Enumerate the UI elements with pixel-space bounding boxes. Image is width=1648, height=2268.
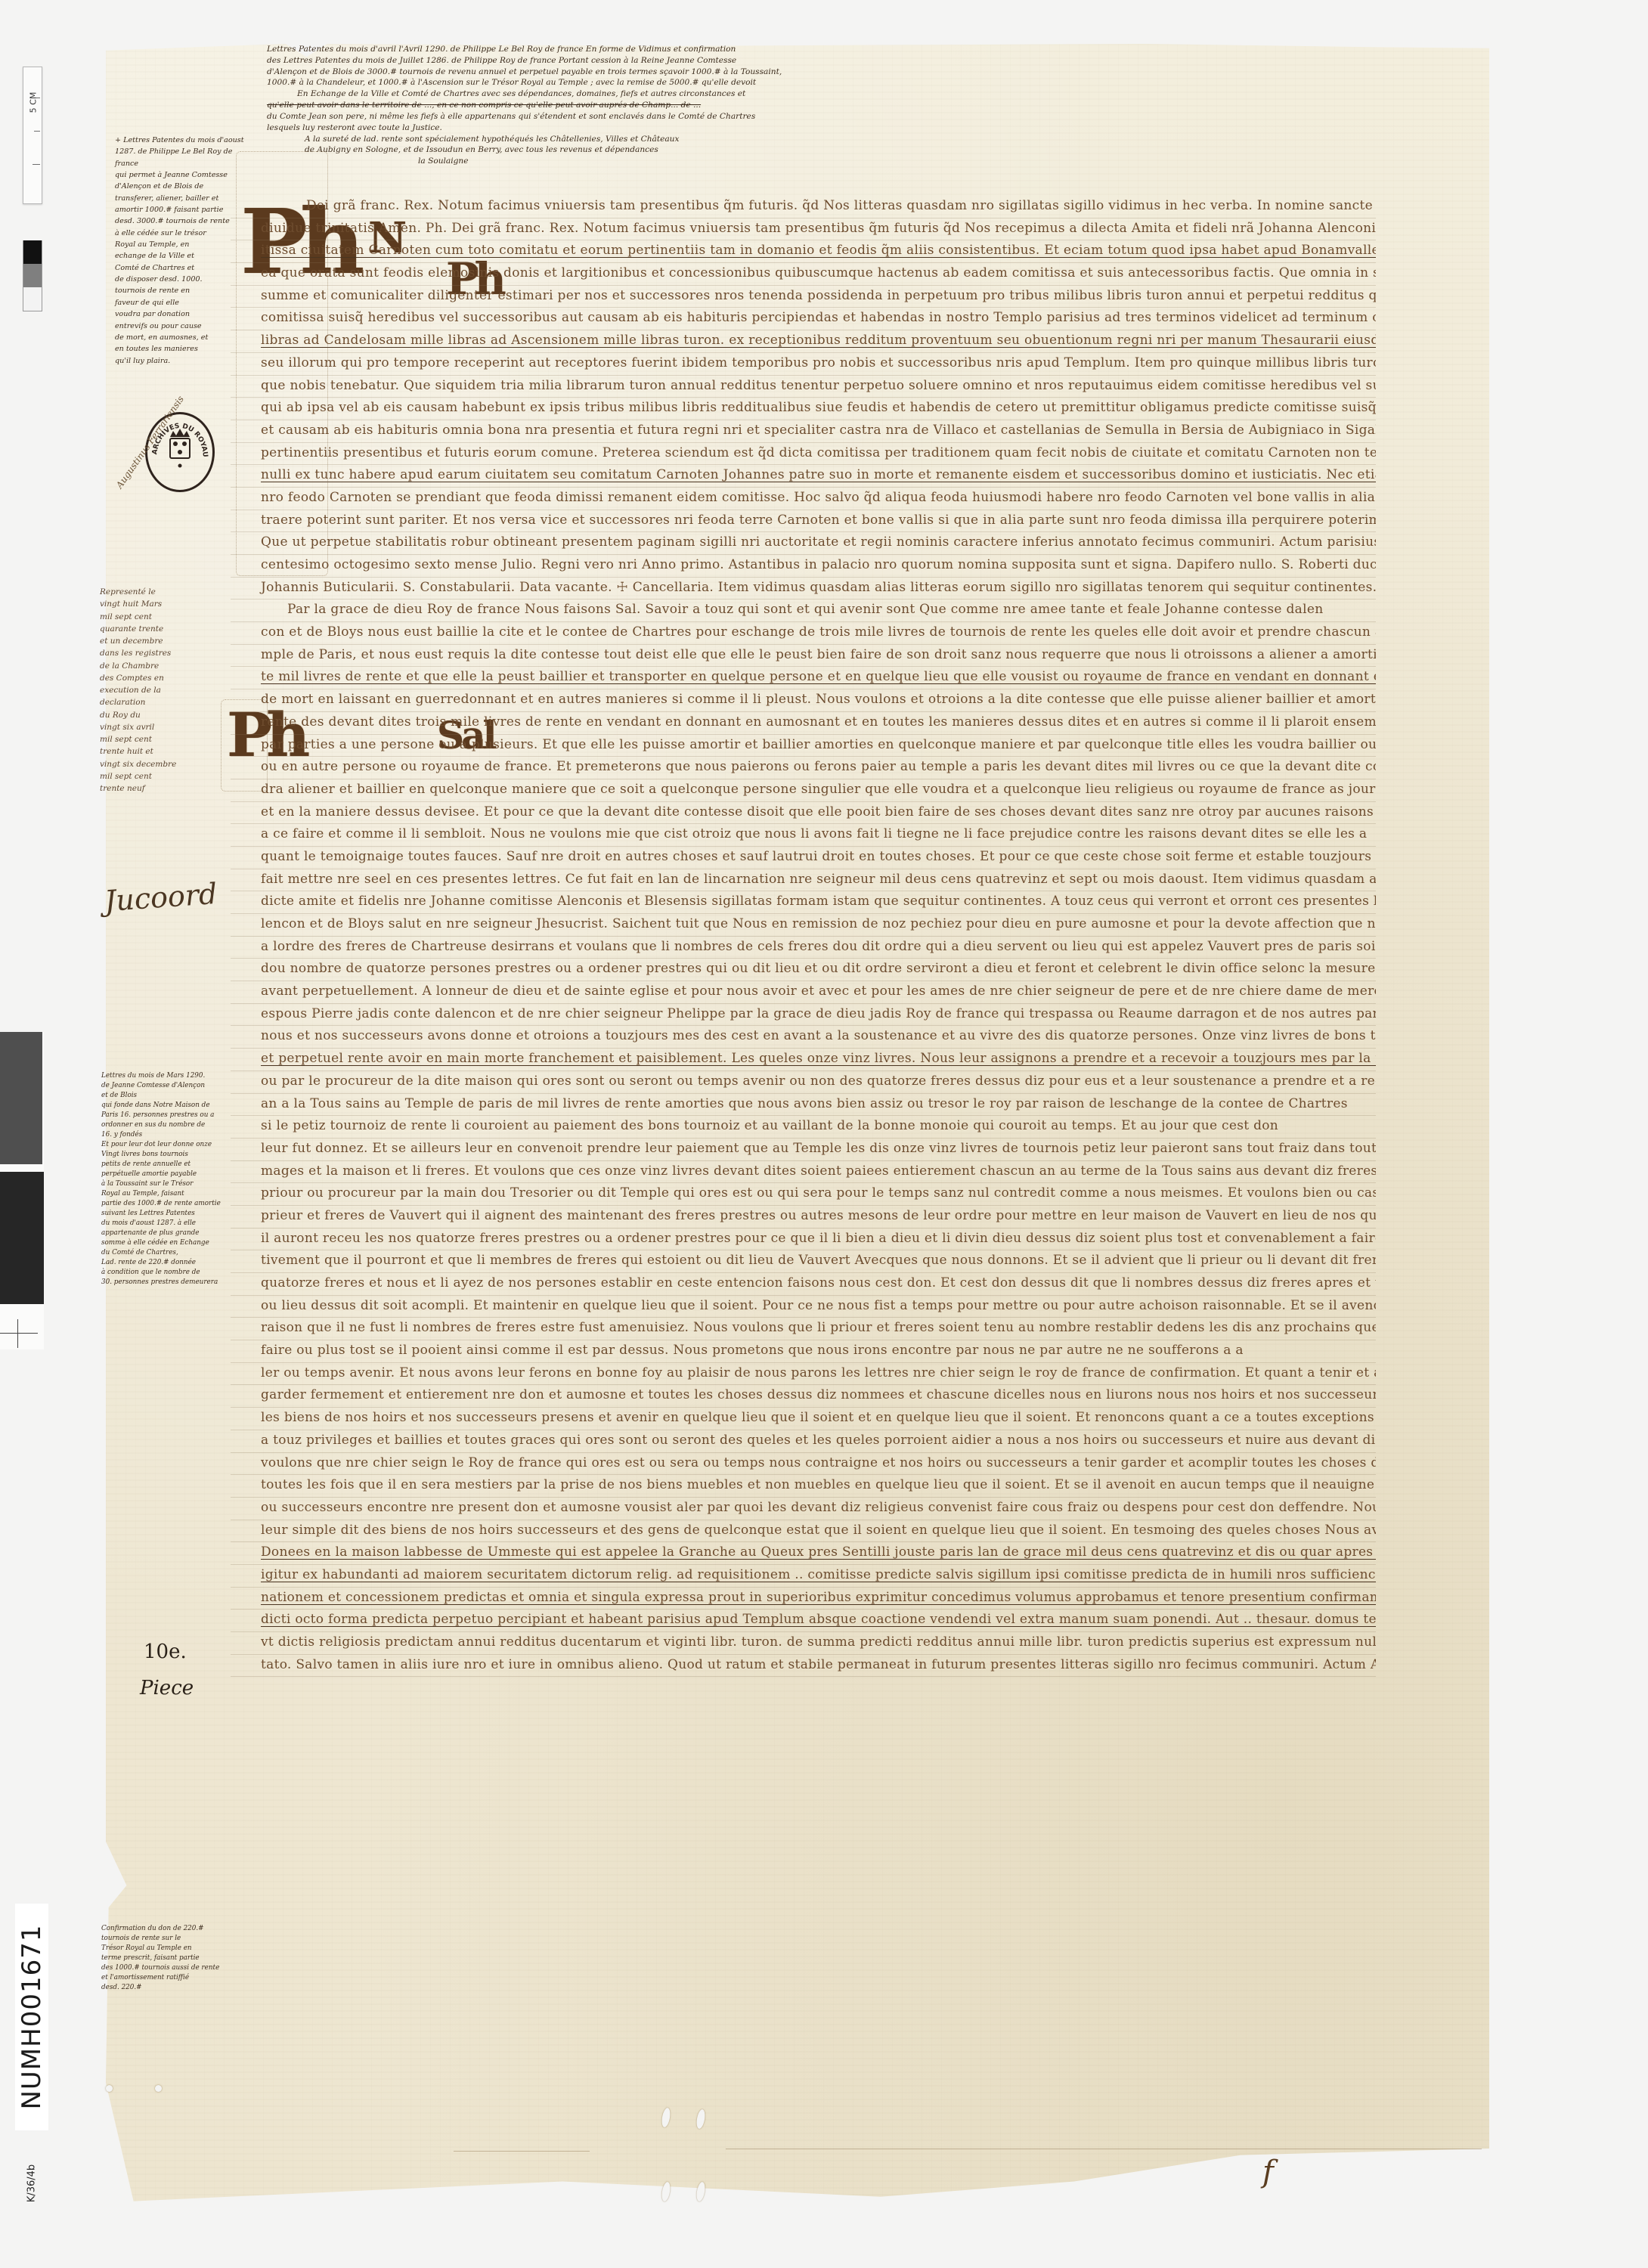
charter-line: dicti octo forma predicta perpetuo perci… — [231, 1612, 1376, 1634]
charter-line: que nobis tenebatur. Que siquidem tria m… — [231, 378, 1376, 401]
charter-line: igitur ex habundanti ad maiorem securita… — [231, 1567, 1376, 1590]
charter-line: summe et comunicaliter diligenter estima… — [231, 288, 1376, 311]
charter-line: nulli ex tunc habere apud earum ciuitate… — [231, 467, 1376, 490]
charter-line: faire ou plus tost se il pooient ainsi c… — [231, 1343, 1376, 1365]
swatch-grey — [23, 264, 42, 287]
fold-line — [726, 2149, 1482, 2149]
charter-line: garder fermement et entierement nre don … — [231, 1387, 1376, 1410]
charter-line: il auront receu les nos quatorze freres … — [231, 1231, 1376, 1253]
charter-line: con et de Bloys nous eust baillie la cit… — [231, 624, 1376, 647]
crosshair-icon — [0, 1333, 38, 1334]
charter-line: mple de Paris, et nous eust requis la di… — [231, 647, 1376, 670]
charter-line: voulons que nre chier seign le Roy de fr… — [231, 1455, 1376, 1478]
charter-line: traere poterint sunt pariter. Et nos ver… — [231, 513, 1376, 535]
charter-line: quatorze freres et nous et li ayez de no… — [231, 1275, 1376, 1298]
charter-line: dicte amite et fidelis nre Johanne comit… — [231, 894, 1376, 916]
charter-line: priour ou procureur par la main dou Tres… — [231, 1185, 1376, 1208]
catalogue-reference: K/36/4b — [26, 2164, 38, 2202]
charter-line: ea que orata sunt feodis elemosinis doni… — [231, 265, 1376, 288]
marginal-note-1290-foundation: Lettres du mois de Mars 1290. de Jeanne … — [101, 1071, 207, 1287]
charter-line: a touz privileges et baillies et toutes … — [231, 1433, 1376, 1455]
colour-swatches — [23, 240, 41, 311]
charter-text-block: Dei grã franc. Rex. Notum facimus vniuer… — [231, 198, 1376, 1679]
charter-line: an a la Tous sains au Temple de paris de… — [231, 1096, 1376, 1119]
scale-bar: 5 CM — [23, 67, 42, 204]
charter-line: et en la maniere dessus devisee. Et pour… — [231, 804, 1376, 827]
charter-line: Donees en la maison labbesse de Ummeste … — [231, 1545, 1376, 1567]
charter-line: libras ad Candelosam mille libras ad Asc… — [231, 333, 1376, 355]
charter-line: a ce faire et comme il li sembloit. Nous… — [231, 826, 1376, 849]
parchment-hole — [155, 2085, 162, 2092]
charter-line: toutes les fois que il en sera mestiers … — [231, 1477, 1376, 1500]
grey-patch-mid — [0, 1032, 42, 1164]
charter-line: fait mettre nre seel en ces presentes le… — [231, 872, 1376, 894]
charter-line: Que ut perpetue stabilitatis robur obtin… — [231, 534, 1376, 557]
charter-line: les biens de nos hoirs et nos successeur… — [231, 1410, 1376, 1433]
charter-line: rente des devant dites trois mile livres… — [231, 714, 1376, 737]
marginal-note-confirmation: Confirmation du don de 220.# tournois de… — [101, 1924, 207, 1993]
charter-line: leur simple dit des biens de nos hoirs s… — [231, 1523, 1376, 1545]
charter-line: espous Pierre jadis conte dalencon et de… — [231, 1006, 1376, 1029]
bottom-mark: f — [1262, 2151, 1274, 2193]
charter-line: Par la grace de dieu Roy de france Nous … — [231, 602, 1376, 624]
catalogue-label: NUMH001671 K/36/4b — [15, 1904, 48, 2130]
catalogue-number: NUMH001671 — [17, 1924, 47, 2109]
archival-summary-note: Lettres Patentes du mois d'avril l'Avril… — [267, 44, 1212, 167]
charter-line: mages et la maison et li freres. Et voul… — [231, 1163, 1376, 1186]
charter-line: de mort en laissant en guerredonnant et … — [231, 692, 1376, 714]
charter-line: vt dictis religiosis predictam annui red… — [231, 1634, 1376, 1657]
charter-line: ou en autre persone ou royaume de france… — [231, 759, 1376, 782]
charter-line: itissa ciuitatem Carnoten cum toto comit… — [231, 243, 1376, 265]
charter-line: qui ab ipsa vel ab eis causam habebunt e… — [231, 400, 1376, 423]
crosshair-icon — [17, 1319, 18, 1348]
charter-line: nationem et concessionem predictas et om… — [231, 1590, 1376, 1613]
swatch-black — [23, 240, 42, 264]
charter-line: ou par le procureur de la dite maison qu… — [231, 1074, 1376, 1096]
charter-line: ou successeurs encontre nre present don … — [231, 1500, 1376, 1523]
charter-line: Johannis Buticularii. S. Constabularii. … — [231, 580, 1376, 603]
charter-line: prieur et freres de Vauvert qui il aigne… — [231, 1208, 1376, 1231]
scale-bar-label: 5 CM — [29, 91, 39, 114]
charter-line: et causam ab eis habituris omnia bona nr… — [231, 423, 1376, 445]
charter-line: comitissa suisq̃ heredibus vel successor… — [231, 310, 1376, 333]
grey-patch-dark — [0, 1172, 44, 1304]
charter-line: ler ou temps avenir. Et nous avons leur … — [231, 1365, 1376, 1388]
charter-line: par parties a une persone ou a plusieurs… — [231, 737, 1376, 760]
parchment-hole — [106, 2085, 113, 2092]
scale-tick — [33, 164, 40, 165]
charter-line: si le petiz tournoiz de rente li couroie… — [231, 1118, 1376, 1141]
charter-line: pertinentiis presentibus et futuris eoru… — [231, 445, 1376, 468]
swatch-white — [23, 287, 42, 311]
piece-number: 10e. — [144, 1641, 187, 1663]
charter-line: diuidue trinitatis Amen. Ph. Dei grã fra… — [231, 221, 1376, 243]
scale-tick — [34, 131, 40, 132]
charter-line: dra aliener et baillier en quelconque ma… — [231, 782, 1376, 804]
marginal-note-registration: Representé le vingt huit Mars mil sept c… — [100, 586, 198, 795]
charter-line: raison que il ne fust li nombres de frer… — [231, 1320, 1376, 1343]
charter-line: seu illorum qui pro tempore receperint a… — [231, 355, 1376, 378]
charter-line: quant le temoignaige toutes fauces. Sauf… — [231, 849, 1376, 872]
charter-line: avant perpetuellement. A lonneur de dieu… — [231, 984, 1376, 1006]
charter-line: centesimo octogesimo sexto mense Julio. … — [231, 557, 1376, 580]
charter-line: a lordre des freres de Chartreuse desirr… — [231, 939, 1376, 962]
charter-line: tivement que il pourront et que li membr… — [231, 1253, 1376, 1275]
charter-line: lencon et de Bloys salut en nre seigneur… — [231, 916, 1376, 939]
fold-line — [454, 2151, 590, 2152]
charter-line: leur fut donnez. Et se ailleurs leur en … — [231, 1141, 1376, 1163]
charter-line: Dei grã franc. Rex. Notum facimus vniuer… — [231, 198, 1376, 221]
grey-reference-card — [0, 1032, 44, 1349]
charter-line: ou lieu dessus dit soit acompli. Et main… — [231, 1298, 1376, 1321]
charter-line: te mil livres de rente et que elle la pe… — [231, 669, 1376, 692]
piece-label: Piece — [140, 1677, 194, 1699]
marginal-note-1287: + Lettres Patentes du mois d'aoust 1287.… — [115, 135, 221, 367]
charter-line: nous et nos successeurs avons donne et o… — [231, 1028, 1376, 1051]
charter-line: nro feodo Carnoten se prendiant que feod… — [231, 490, 1376, 513]
charter-line: et perpetuel rente avoir en main morte f… — [231, 1051, 1376, 1074]
charter-line: tato. Salvo tamen in aliis iure nro et i… — [231, 1657, 1376, 1680]
charter-line: dou nombre de quatorze persones prestres… — [231, 961, 1376, 984]
